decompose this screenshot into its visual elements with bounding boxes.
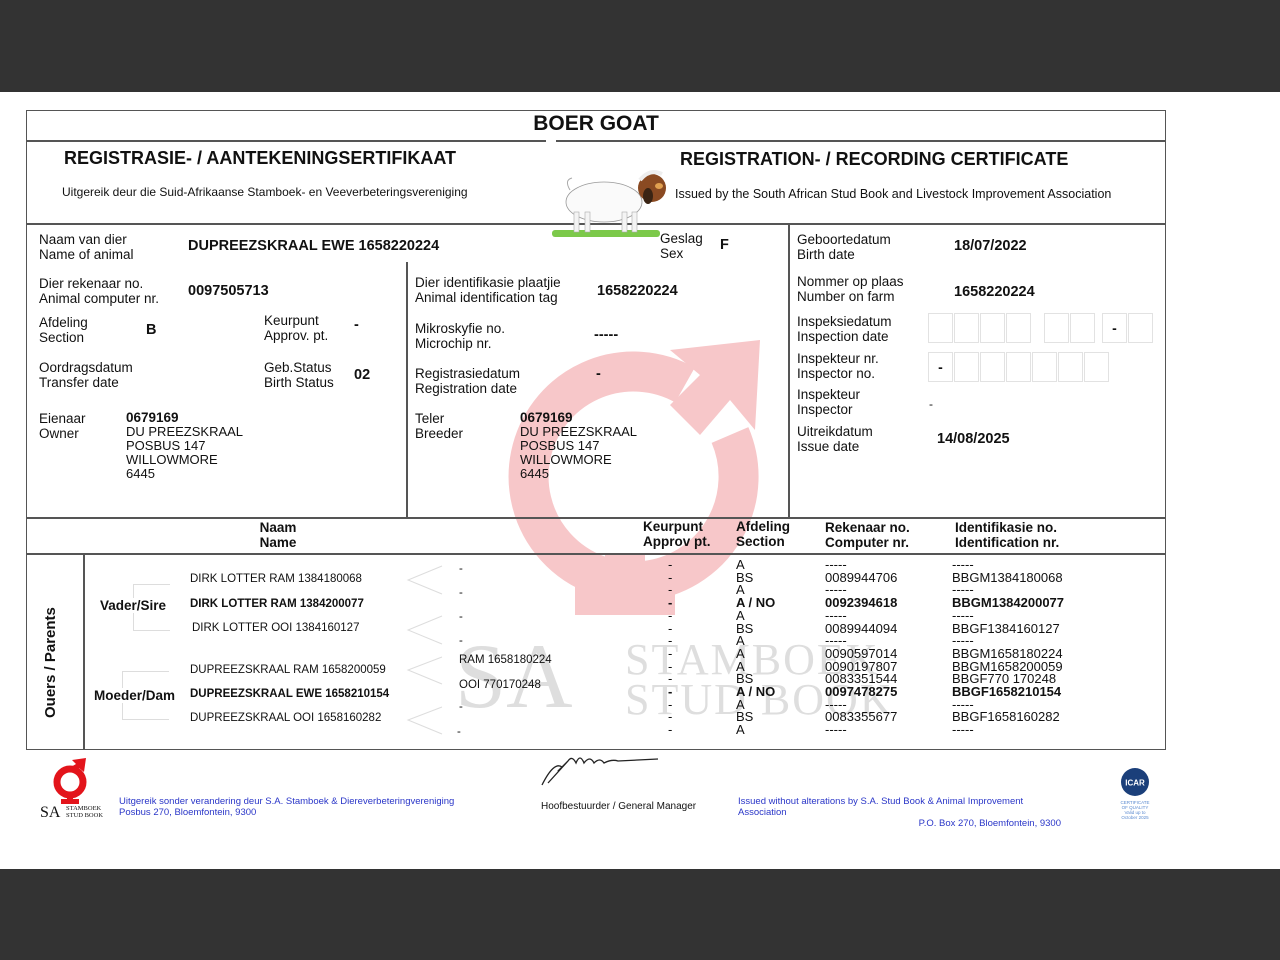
inspector-label: InspekteurInspector [797, 387, 860, 417]
title-english: REGISTRATION- / RECORDING CERTIFICATE [680, 149, 1068, 170]
sire-dam-name: DIRK LOTTER OOI 1384160127 [192, 622, 359, 634]
name-label: Naam van dierName of animal [39, 232, 134, 262]
title-afrikaans: REGISTRASIE- / AANTEKENINGSERTIFIKAAT [64, 148, 456, 169]
transfer-date-label: OordragsdatumTransfer date [39, 360, 133, 390]
sa-studbook-logo-icon [46, 758, 96, 806]
microchip-value: ----- [594, 327, 618, 343]
header-name: NaamName [256, 520, 300, 550]
approv-value: - [354, 317, 359, 333]
svg-text:ICAR: ICAR [1125, 779, 1145, 788]
header-approv: KeurpuntApprov pt. [643, 519, 711, 549]
section-label: AfdelingSection [39, 315, 88, 345]
inspection-date-box [928, 313, 953, 343]
inspection-date-box [1006, 313, 1031, 343]
grandparent-4: - [459, 635, 463, 647]
inspection-date-box [954, 313, 979, 343]
footer-logo-text: STAMBOEKSTUD BOOK [66, 805, 103, 819]
footer-logo-sa: SA [40, 804, 60, 822]
inspector-no-box [1032, 352, 1057, 382]
sire-name: DIRK LOTTER RAM 1384200077 [190, 598, 364, 610]
footer-left-text: Uitgereik sonder verandering deur S.A. S… [119, 796, 454, 818]
pedigree-branch-lines-icon [404, 560, 454, 745]
breed-title: BOER GOAT [26, 112, 1166, 136]
breeder-label: TelerBreeder [415, 411, 463, 441]
registration-date-label: RegistrasiedatumRegistration date [415, 366, 520, 396]
issue-date: 14/08/2025 [937, 431, 1010, 447]
microchip-label: Mikroskyfie no.Microchip nr. [415, 321, 505, 351]
grandparent-2: - [459, 587, 463, 599]
signature-title: Hoofbestuurder / General Manager [541, 801, 696, 812]
dam-label: Moeder/Dam [94, 688, 175, 703]
tag-value: 1658220224 [597, 283, 678, 299]
divider [83, 553, 85, 750]
inspector-no-box [1084, 352, 1109, 382]
dam-sire-name: DUPREEZSKRAAL RAM 1658200059 [190, 664, 386, 676]
issue-date-label: UitreikdatumIssue date [797, 424, 873, 454]
icar-caption: CERTIFICATEOF QUALITYValid up toOctober … [1113, 800, 1157, 820]
divider [788, 223, 790, 517]
grandparent-6: OOI 770170248 [459, 679, 541, 691]
header-computer: Rekenaar no.Computer nr. [825, 520, 910, 550]
birth-status: 02 [354, 367, 370, 383]
divider [26, 553, 1166, 555]
inspection-date-box: - [1102, 313, 1127, 343]
inspection-date-box [1128, 313, 1153, 343]
owner-label: EienaarOwner [39, 411, 86, 441]
grandparent-1: - [459, 563, 463, 575]
grandparent-7: - [459, 701, 463, 713]
sire-label: Vader/Sire [100, 598, 166, 613]
tag-label: Dier identifikasie plaatjieAnimal identi… [415, 275, 561, 305]
computer-nr: 0097505713 [188, 283, 269, 299]
inspector-no-box [1058, 352, 1083, 382]
grandparent-5: RAM 1658180224 [459, 654, 552, 666]
approv-label: KeurpuntApprov. pt. [264, 313, 328, 343]
dam-name: DUPREEZSKRAAL EWE 1658210154 [190, 688, 389, 700]
inspector-no-box [980, 352, 1005, 382]
icar-seal-icon: ICAR [1119, 766, 1151, 798]
pedigree-cell-ident: ----- [952, 724, 974, 737]
inspection-date-box [1070, 313, 1095, 343]
issuer-afrikaans: Uitgereik deur die Suid-Afrikaanse Stamb… [62, 185, 468, 199]
inspector-no-label: Inspekteur nr.Inspector no. [797, 351, 879, 381]
section-value: B [146, 322, 156, 338]
sire-sire-name: DIRK LOTTER RAM 1384180068 [190, 573, 362, 585]
divider [406, 262, 408, 517]
parents-side-label: Ouers / Parents [42, 607, 59, 718]
birth-date-label: GeboortedatumBirth date [797, 232, 891, 262]
top-dark-bar [0, 0, 1280, 92]
divider [556, 140, 1166, 142]
header-section: AfdelingSection [736, 519, 790, 549]
animal-name: DUPREEZSKRAAL EWE 1658220224 [188, 238, 439, 254]
inspector-no-box [1006, 352, 1031, 382]
farm-nr-label: Nommer op plaasNumber on farm [797, 274, 904, 304]
sex-label: GeslagSex [660, 231, 703, 261]
inspector-value: - [929, 397, 933, 411]
divider [26, 140, 546, 142]
registration-date: - [596, 366, 601, 382]
pedigree-cell-computer: ----- [825, 724, 847, 737]
boer-goat-illustration-icon [552, 160, 682, 242]
pedigree-cell-approv: - [668, 724, 672, 737]
owner-address: 0679169 DU PREEZSKRAALPOSBUS 147WILLOWMO… [126, 411, 243, 481]
birth-status-label: Geb.StatusBirth Status [264, 360, 334, 390]
signature-icon [538, 755, 698, 791]
inspection-date-box [980, 313, 1005, 343]
computer-nr-label: Dier rekenaar no.Animal computer nr. [39, 276, 159, 306]
animal-sex: F [720, 237, 729, 253]
pedigree-cell-section: A [736, 724, 745, 737]
header-ident: Identifikasie no.Identification nr. [955, 520, 1059, 550]
bottom-dark-bar [0, 869, 1280, 960]
grandparent-8: - [457, 726, 461, 738]
inspection-date-box [1044, 313, 1069, 343]
farm-nr: 1658220224 [954, 284, 1035, 300]
inspection-date-label: InspeksiedatumInspection date [797, 314, 892, 344]
dam-dam-name: DUPREEZSKRAAL OOI 1658160282 [190, 712, 381, 724]
birth-date: 18/07/2022 [954, 238, 1027, 254]
footer-right-text: Issued without alterations by S.A. Stud … [738, 796, 1061, 829]
divider [26, 517, 1166, 519]
breeder-address: 0679169 DU PREEZSKRAALPOSBUS 147WILLOWMO… [520, 411, 637, 481]
inspector-no-box [954, 352, 979, 382]
issuer-english: Issued by the South African Stud Book an… [675, 187, 1111, 201]
grandparent-3: - [459, 611, 463, 623]
inspector-no-box: - [928, 352, 953, 382]
